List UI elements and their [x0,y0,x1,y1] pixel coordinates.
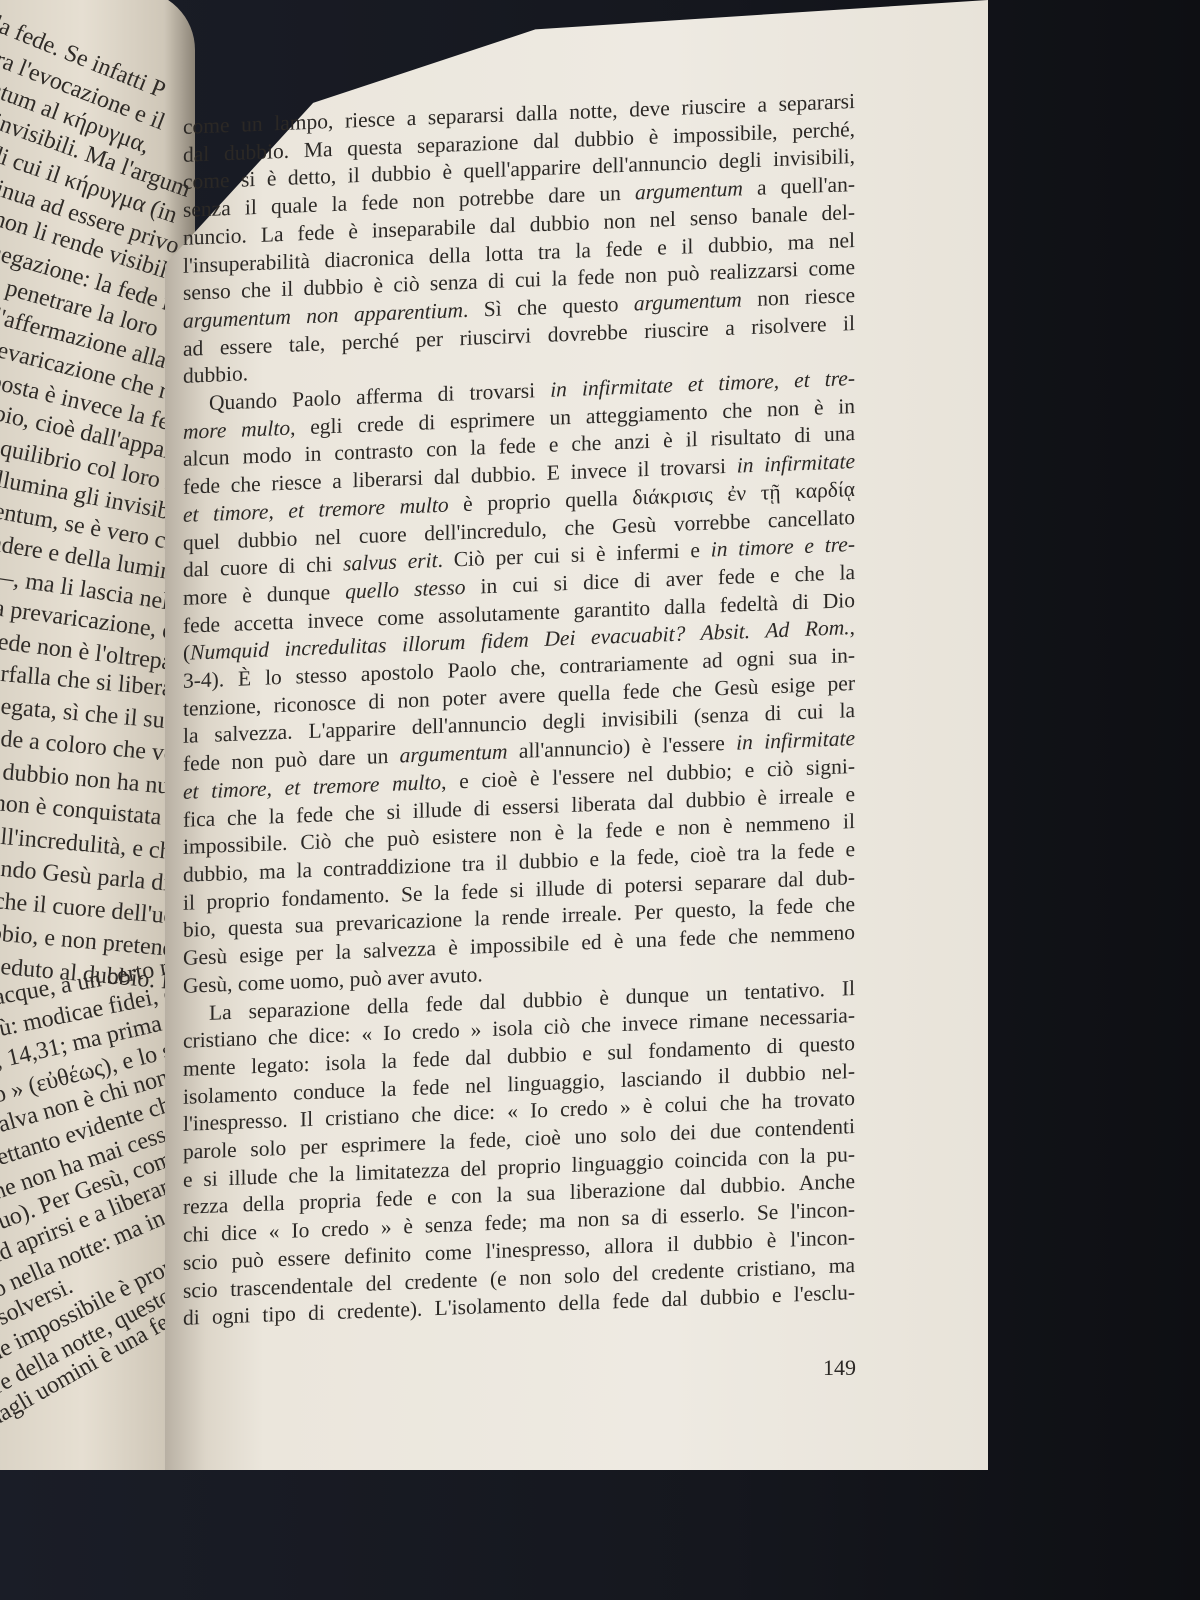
page-number: 149 [823,1355,856,1381]
page-body-text: come un lampo, riesce a separarsi dalla … [183,88,855,1333]
